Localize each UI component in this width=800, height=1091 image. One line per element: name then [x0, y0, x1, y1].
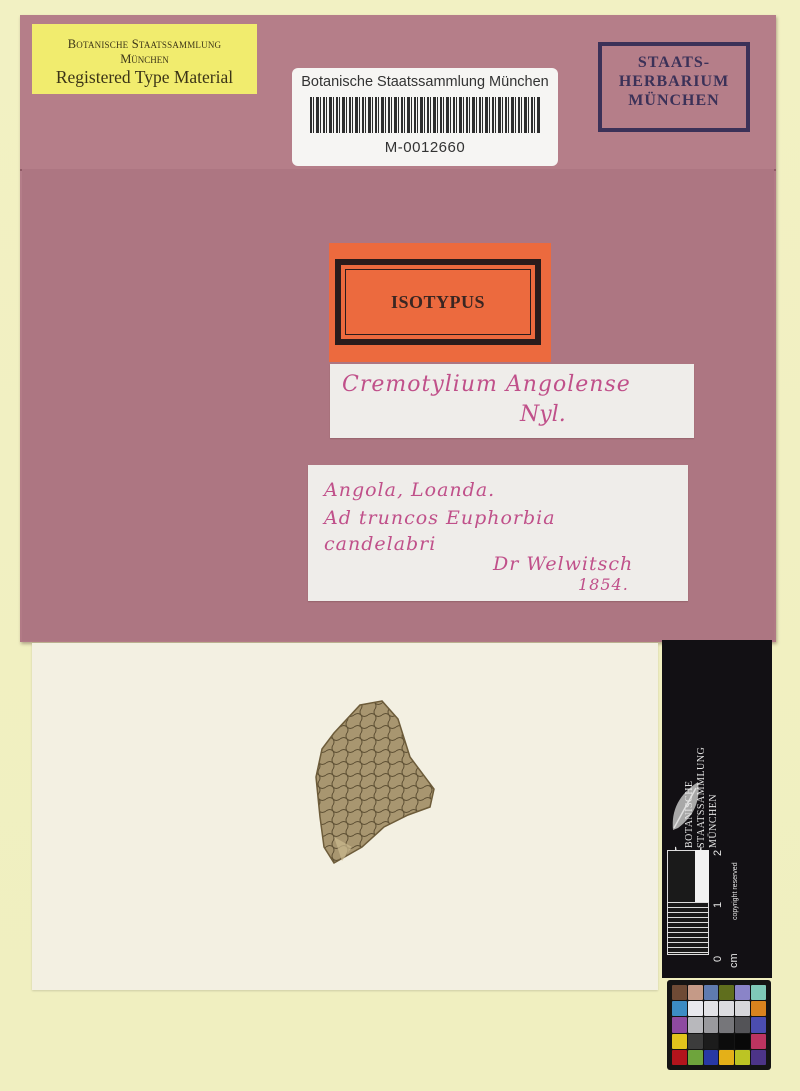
- color-swatch: [735, 1017, 750, 1032]
- color-swatch: [672, 1034, 687, 1049]
- copyright-notice: copyright reserved: [732, 862, 739, 920]
- stamp-line-2: HERBARIUM: [602, 72, 746, 91]
- color-swatch: [751, 1050, 766, 1065]
- ruler-tick-0: 0: [712, 956, 724, 962]
- color-swatch: [719, 1050, 734, 1065]
- type-status-text: ISOTYPUS: [391, 292, 485, 313]
- color-swatch: [672, 1017, 687, 1032]
- registered-type-material-label: Botanische Staatssammlung München Regist…: [32, 24, 257, 94]
- ruler-unit: cm: [728, 953, 740, 968]
- color-swatch: [688, 1017, 703, 1032]
- barcode-icon: [310, 97, 540, 133]
- color-swatch: [751, 1001, 766, 1016]
- color-checker-chart: [667, 980, 771, 1070]
- color-swatch: [704, 1034, 719, 1049]
- collection-year: 1854.: [578, 575, 629, 594]
- color-swatch: [688, 1034, 703, 1049]
- color-scale-bar: M BOTANISCHE STAATSSAMMLUNG MÜNCHEN 0 1 …: [662, 640, 772, 978]
- barcode-label: Botanische Staatssammlung München M-0012…: [292, 68, 558, 166]
- collection-label: Angola, Loanda. Ad truncos Euphorbia can…: [308, 465, 688, 601]
- color-swatch: [719, 985, 734, 1000]
- logo-line-2: STAATSSAMMLUNG: [696, 747, 707, 848]
- color-swatch: [704, 985, 719, 1000]
- color-swatch: [704, 1050, 719, 1065]
- color-swatch: [735, 1001, 750, 1016]
- habitat: Ad truncos Euphorbia: [324, 507, 556, 529]
- stamp-line-3: MÜNCHEN: [602, 91, 746, 110]
- stamp-line-1: STAATS-: [602, 53, 746, 72]
- color-swatch: [751, 1034, 766, 1049]
- taxon-author: Nyl.: [520, 402, 566, 427]
- barcode-title: Botanische Staatssammlung München: [292, 74, 558, 90]
- color-swatch: [751, 985, 766, 1000]
- color-swatch: [719, 1017, 734, 1032]
- color-swatch: [688, 985, 703, 1000]
- color-swatch: [751, 1017, 766, 1032]
- color-swatch: [672, 1001, 687, 1016]
- isotypus-frame: ISOTYPUS: [335, 259, 541, 345]
- taxon-name: Cremotylium Angolense: [342, 372, 631, 397]
- herbarium-stamp: STAATS- HERBARIUM MÜNCHEN: [598, 42, 750, 132]
- ruler-tick-2: 2: [712, 850, 724, 856]
- lichen-specimen-icon: [312, 697, 442, 865]
- color-swatch: [735, 1050, 750, 1065]
- color-swatch: [719, 1001, 734, 1016]
- cm-ruler: [667, 850, 709, 955]
- color-swatch: [704, 1001, 719, 1016]
- color-swatch: [704, 1017, 719, 1032]
- color-swatch: [672, 985, 687, 1000]
- color-swatch: [672, 1050, 687, 1065]
- institution-name: Botanische Staatssammlung: [32, 37, 257, 52]
- isotypus-label: ISOTYPUS: [329, 243, 551, 362]
- color-swatch: [735, 985, 750, 1000]
- color-swatch: [735, 1034, 750, 1049]
- logo-line-1: BOTANISCHE: [684, 780, 695, 848]
- determination-label: Cremotylium Angolense Nyl.: [330, 364, 694, 438]
- logo-line-3: MÜNCHEN: [708, 794, 719, 848]
- catalog-number: M-0012660: [292, 139, 558, 156]
- color-swatch: [688, 1001, 703, 1016]
- ruler-tick-1: 1: [712, 902, 724, 908]
- color-swatch: [719, 1034, 734, 1049]
- locality: Angola, Loanda.: [324, 479, 495, 501]
- habitat-continued: candelabri: [324, 533, 436, 555]
- collector: Dr Welwitsch: [493, 553, 633, 575]
- institution-city: München: [32, 52, 257, 66]
- color-swatch: [688, 1050, 703, 1065]
- registered-type-text: Registered Type Material: [32, 66, 257, 88]
